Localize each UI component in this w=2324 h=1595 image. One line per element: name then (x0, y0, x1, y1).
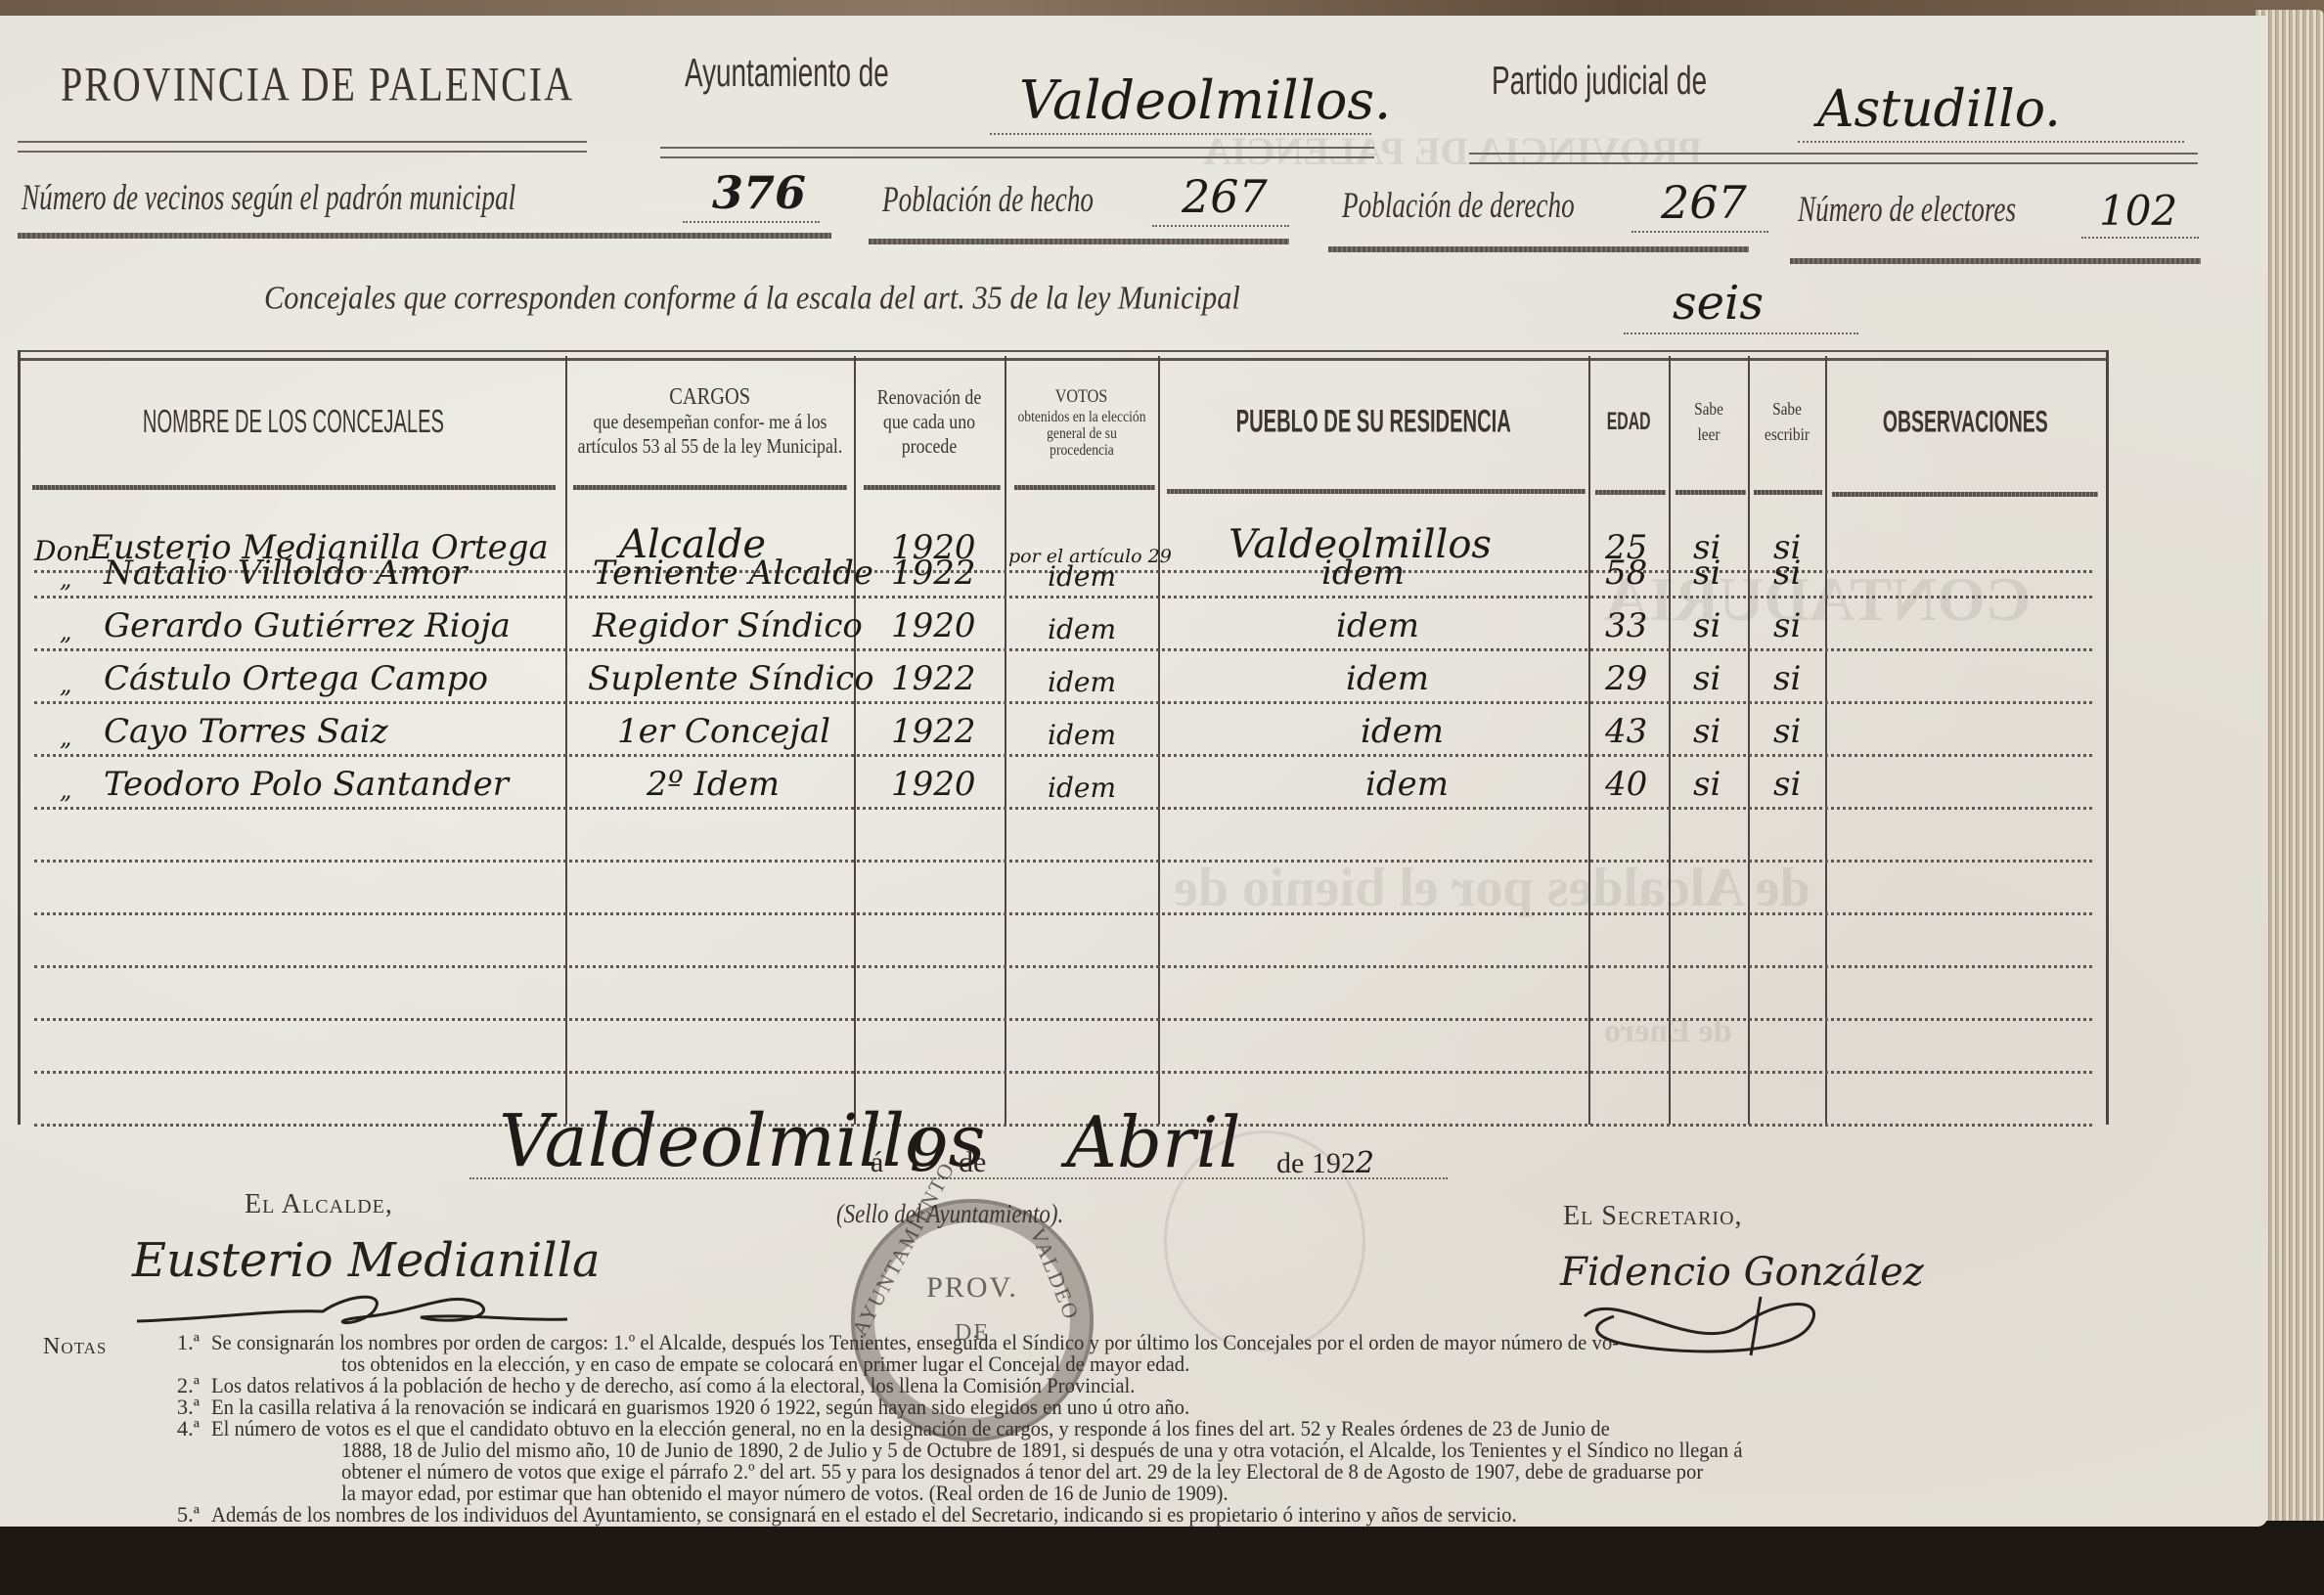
header-renovacion: Renovación de que cada uno procede (854, 364, 1005, 479)
ayuntamiento-label: Ayuntamiento de (685, 51, 889, 97)
table-row-empty (21, 808, 2106, 863)
note-number: 1.ª (141, 1332, 200, 1354)
divider (1469, 153, 2198, 164)
header-pueblo-text: PUEBLO DE SU RESIDENCIA (1235, 404, 1510, 440)
sello-label: (Sello del Ayuntamiento). (836, 1199, 1063, 1229)
ayuntamiento-value: Valdeolmillos. (1019, 69, 1391, 131)
row-leer: si (1693, 765, 1721, 804)
row-nombre: Teodoro Polo Santander (104, 765, 509, 804)
provincia-title: PROVINCIA DE PALENCIA (61, 66, 574, 112)
row-edad: 33 (1605, 606, 1647, 645)
row-nombre: Cástulo Ortega Campo (104, 659, 488, 698)
derecho-value-field: 267 (1631, 178, 1768, 233)
note-text: Además de los nombres de los individuos … (211, 1504, 2029, 1527)
electores-value: 102 (2099, 187, 2177, 235)
faint-stamp (1164, 1130, 1365, 1351)
notes-label: Notas (43, 1336, 107, 1358)
divider (1790, 258, 2201, 264)
row-renovacion: 1922 (891, 659, 976, 698)
note-number: 5.ª (141, 1504, 200, 1527)
date-a: á (871, 1146, 883, 1179)
row-edad: 58 (1605, 554, 1647, 593)
table-row-empty (21, 913, 2106, 968)
concejales-count-field: Concejales que corresponden conforme á l… (264, 282, 1260, 317)
row-escribir: si (1773, 765, 1801, 804)
row-renovacion: 1922 (891, 554, 976, 593)
electores-value-field: 102 (2081, 188, 2199, 239)
derecho-field: Población de derecho (1342, 190, 1616, 226)
row-leer: si (1693, 606, 1721, 645)
table-row-empty (21, 861, 2106, 915)
table-row: „ Teodoro Polo Santander 2º Idem 1920 id… (21, 755, 2106, 810)
header-leer: Sabe leer (1669, 364, 1748, 479)
divider (869, 239, 1289, 244)
divider (1328, 246, 1749, 252)
row-leer: si (1693, 659, 1721, 698)
row-votos: idem (1048, 719, 1116, 751)
row-renovacion: 1920 (891, 606, 976, 645)
row-escribir: si (1773, 554, 1801, 593)
derecho-label: Población de derecho (1342, 184, 1575, 226)
row-votos: idem (1048, 560, 1116, 593)
divider (18, 233, 831, 239)
header-cargos-sub: que desempeñan confor- me á los artículo… (572, 410, 847, 459)
row-prefix: „ (60, 671, 71, 698)
document-page: PROVINCIA DE PALENCIA CONTADURIA de Alca… (0, 16, 2267, 1527)
header-rule (864, 485, 1001, 490)
row-renovacion: 1922 (891, 712, 976, 751)
header-renovacion-text: Renovación de que cada uno procede (866, 385, 994, 459)
row-votos: idem (1048, 666, 1116, 698)
concejales-count-label: Concejales que corresponden conforme á l… (264, 279, 1240, 317)
partido-field: Partido judicial de (1492, 66, 1754, 105)
vecinos-label: Número de vecinos según el padrón munici… (22, 176, 515, 218)
header-nombre: NOMBRE DE LOS CONCEJALES (21, 364, 565, 479)
row-cargo: Teniente Alcalde (593, 554, 873, 593)
derecho-value: 267 (1661, 176, 1747, 229)
hecho-label: Población de hecho (882, 178, 1094, 220)
row-nombre: Gerardo Gutiérrez Rioja (104, 606, 511, 645)
header-observaciones: OBSERVACIONES (1825, 364, 2106, 479)
row-pueblo: idem (1336, 606, 1419, 645)
row-prefix: „ (60, 724, 71, 751)
header-rule (1014, 485, 1155, 490)
header-rule (32, 485, 556, 490)
row-edad: 43 (1605, 712, 1647, 751)
hecho-value-field: 267 (1152, 172, 1289, 227)
table-row: „ Gerardo Gutiérrez Rioja Regidor Síndic… (21, 597, 2106, 651)
header-leer-text: Sabe leer (1683, 396, 1733, 447)
row-pueblo: idem (1346, 659, 1429, 698)
concejales-count-value: seis (1673, 276, 1764, 331)
table-row-empty (21, 1019, 2106, 1074)
vecinos-value-field: 376 (683, 170, 820, 223)
table-row: „ Cástulo Ortega Campo Suplente Síndico … (21, 649, 2106, 704)
row-escribir: si (1773, 659, 1801, 698)
header-escribir: Sabe escribir (1748, 364, 1825, 479)
header-escribir-text: Sabe escribir (1758, 396, 1816, 447)
header-votos-sub: obtenidos en la elección general de su p… (1015, 409, 1148, 459)
row-votos: idem (1048, 613, 1116, 645)
hecho-field: Población de hecho (882, 184, 1131, 220)
table-row: „ Cayo Torres Saiz 1er Concejal 1922 ide… (21, 702, 2106, 757)
header-edad: EDAD (1588, 364, 1669, 479)
row-edad: 29 (1605, 659, 1647, 698)
header-votos-title: VOTOS (1055, 384, 1108, 409)
date-year-hand: 2 (1356, 1146, 1374, 1180)
header-edad-text: EDAD (1607, 407, 1651, 436)
electores-field: Número de electores (1798, 194, 2054, 230)
row-prefix: „ (60, 776, 71, 804)
secretario-label: El Secretario, (1563, 1201, 1743, 1232)
row-pueblo: idem (1361, 712, 1444, 751)
row-cargo: 2º Idem (647, 765, 780, 804)
row-pueblo: idem (1365, 765, 1449, 804)
row-prefix: „ (60, 565, 71, 593)
divider (660, 147, 1374, 158)
provincia-label: PROVINCIA DE PALENCIA (61, 55, 574, 112)
row-renovacion: 1920 (891, 765, 976, 804)
vecinos-value: 376 (712, 166, 806, 219)
ayuntamiento-field: Ayuntamiento de (685, 59, 934, 97)
row-leer: si (1693, 712, 1721, 751)
partido-value: Astudillo. (1817, 80, 2061, 139)
header-pueblo: PUEBLO DE SU RESIDENCIA (1158, 364, 1588, 479)
ayuntamiento-value-field: Valdeolmillos. (990, 76, 1371, 135)
header-cargos: CARGOS que desempeñan confor- me á los a… (565, 364, 854, 479)
header-nombre-text: NOMBRE DE LOS CONCEJALES (142, 403, 443, 440)
partido-value-field: Astudillo. (1798, 82, 2184, 143)
row-prefix: „ (60, 618, 71, 645)
row-cargo: 1er Concejal (617, 712, 830, 751)
row-cargo: Regidor Síndico (593, 606, 863, 645)
row-leer: si (1693, 554, 1721, 593)
row-escribir: si (1773, 712, 1801, 751)
vecinos-field: Número de vecinos según el padrón munici… (22, 182, 603, 218)
row-edad: 40 (1605, 765, 1647, 804)
table-row: „ Natalio Villoldo Amor Teniente Alcalde… (21, 544, 2106, 598)
note-number: 4.ª (141, 1418, 200, 1440)
header-rule (573, 485, 847, 490)
header-votos: VOTOS obtenidos en la elección general d… (1005, 364, 1158, 479)
concejales-count-value-field: seis (1624, 280, 1858, 334)
row-cargo: Suplente Síndico (588, 659, 874, 698)
partido-label: Partido judicial de (1492, 59, 1707, 105)
header-observaciones-text: OBSERVACIONES (1883, 404, 2048, 439)
table-row-empty (21, 966, 2106, 1021)
row-nombre: Cayo Torres Saiz (104, 712, 388, 751)
row-nombre: Natalio Villoldo Amor (104, 554, 467, 593)
concejales-table: NOMBRE DE LOS CONCEJALES CARGOS que dese… (18, 350, 2109, 1125)
table-top-border (21, 350, 2106, 361)
header-cargos-title: CARGOS (669, 385, 750, 410)
row-escribir: si (1773, 606, 1801, 645)
background-bottom (0, 1521, 2324, 1595)
alcalde-label: El Alcalde, (245, 1189, 393, 1220)
row-votos: idem (1048, 772, 1116, 804)
hecho-value: 267 (1182, 170, 1268, 223)
row-pueblo: idem (1321, 554, 1405, 593)
divider (18, 141, 587, 153)
alcalde-signature: Eusterio Medianilla (132, 1233, 601, 1288)
electores-label: Número de electores (1798, 188, 2016, 230)
